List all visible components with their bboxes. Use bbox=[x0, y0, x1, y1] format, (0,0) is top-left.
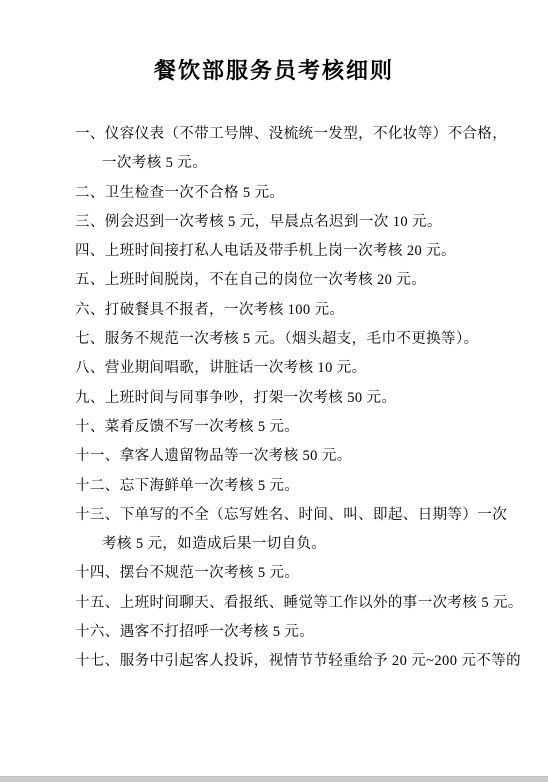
rule-line: 八、营业期间唱歌，讲脏话一次考核 10 元。 bbox=[75, 354, 528, 383]
rule-item-10: 十、菜肴反馈不写一次考核 5 元。 bbox=[75, 413, 528, 442]
page-bottom-edge bbox=[0, 776, 548, 782]
rule-line: 六、打破餐具不报者，一次考核 100 元。 bbox=[75, 296, 528, 325]
rule-line: 一、仪容仪表（不带工号牌、没梳统一发型，不化妆等）不合格， bbox=[75, 120, 528, 149]
rule-line: 十四、摆台不规范一次考核 5 元。 bbox=[75, 559, 528, 588]
document-page: 餐饮部服务员考核细则 一、仪容仪表（不带工号牌、没梳统一发型，不化妆等）不合格，… bbox=[0, 0, 548, 782]
rule-item-14: 十四、摆台不规范一次考核 5 元。 bbox=[75, 559, 528, 588]
rule-line: 九、上班时间与同事争吵，打架一次考核 50 元。 bbox=[75, 384, 528, 413]
rule-line: 十三、下单写的不全（忘写姓名、时间、叫、即起、日期等）一次 bbox=[75, 501, 528, 530]
rule-item-15: 十五、上班时间聊天、看报纸、睡觉等工作以外的事一次考核 5 元。 bbox=[75, 589, 528, 618]
rule-item-12: 十二、忘下海鲜单一次考核 5 元。 bbox=[75, 472, 528, 501]
rule-item-1: 一、仪容仪表（不带工号牌、没梳统一发型，不化妆等）不合格， 一次考核 5 元。 bbox=[75, 120, 528, 179]
rule-item-13: 十三、下单写的不全（忘写姓名、时间、叫、即起、日期等）一次 考核 5 元，如造成… bbox=[75, 501, 528, 560]
rule-line-continuation: 一次考核 5 元。 bbox=[75, 149, 528, 178]
rule-item-3: 三、例会迟到一次考核 5 元，早晨点名迟到一次 10 元。 bbox=[75, 208, 528, 237]
rule-line: 十二、忘下海鲜单一次考核 5 元。 bbox=[75, 472, 528, 501]
rule-line: 三、例会迟到一次考核 5 元，早晨点名迟到一次 10 元。 bbox=[75, 208, 528, 237]
document-title: 餐饮部服务员考核细则 bbox=[0, 57, 548, 85]
rule-item-4: 四、上班时间接打私人电话及带手机上岗一次考核 20 元。 bbox=[75, 237, 528, 266]
rule-item-6: 六、打破餐具不报者，一次考核 100 元。 bbox=[75, 296, 528, 325]
document-viewport: { "document": { "title": "餐饮部服务员考核细则", "… bbox=[0, 0, 548, 782]
rule-item-9: 九、上班时间与同事争吵，打架一次考核 50 元。 bbox=[75, 384, 528, 413]
rule-line: 十一、拿客人遗留物品等一次考核 50 元。 bbox=[75, 442, 528, 471]
rule-line: 十六、遇客不打招呼一次考核 5 元。 bbox=[75, 618, 528, 647]
rule-line: 四、上班时间接打私人电话及带手机上岗一次考核 20 元。 bbox=[75, 237, 528, 266]
rule-item-8: 八、营业期间唱歌，讲脏话一次考核 10 元。 bbox=[75, 354, 528, 383]
rule-line-continuation: 考核 5 元，如造成后果一切自负。 bbox=[75, 530, 528, 559]
rules-list: 一、仪容仪表（不带工号牌、没梳统一发型，不化妆等）不合格， 一次考核 5 元。 … bbox=[0, 120, 548, 677]
rule-item-7: 七、服务不规范一次考核 5 元。（烟头超支，毛巾不更换等）。 bbox=[75, 325, 528, 354]
rule-line: 五、上班时间脱岗，不在自己的岗位一次考核 20 元。 bbox=[75, 266, 528, 295]
rule-line: 十七、服务中引起客人投诉，视情节节轻重给予 20 元~200 元不等的 bbox=[75, 647, 528, 676]
rule-item-17: 十七、服务中引起客人投诉，视情节节轻重给予 20 元~200 元不等的 bbox=[75, 647, 528, 676]
rule-item-5: 五、上班时间脱岗，不在自己的岗位一次考核 20 元。 bbox=[75, 266, 528, 295]
rule-item-2: 二、卫生检查一次不合格 5 元。 bbox=[75, 179, 528, 208]
rule-line: 十五、上班时间聊天、看报纸、睡觉等工作以外的事一次考核 5 元。 bbox=[75, 589, 528, 618]
rule-item-11: 十一、拿客人遗留物品等一次考核 50 元。 bbox=[75, 442, 528, 471]
rule-item-16: 十六、遇客不打招呼一次考核 5 元。 bbox=[75, 618, 528, 647]
rule-line: 七、服务不规范一次考核 5 元。（烟头超支，毛巾不更换等）。 bbox=[75, 325, 528, 354]
rule-line: 十、菜肴反馈不写一次考核 5 元。 bbox=[75, 413, 528, 442]
rule-line: 二、卫生检查一次不合格 5 元。 bbox=[75, 179, 528, 208]
